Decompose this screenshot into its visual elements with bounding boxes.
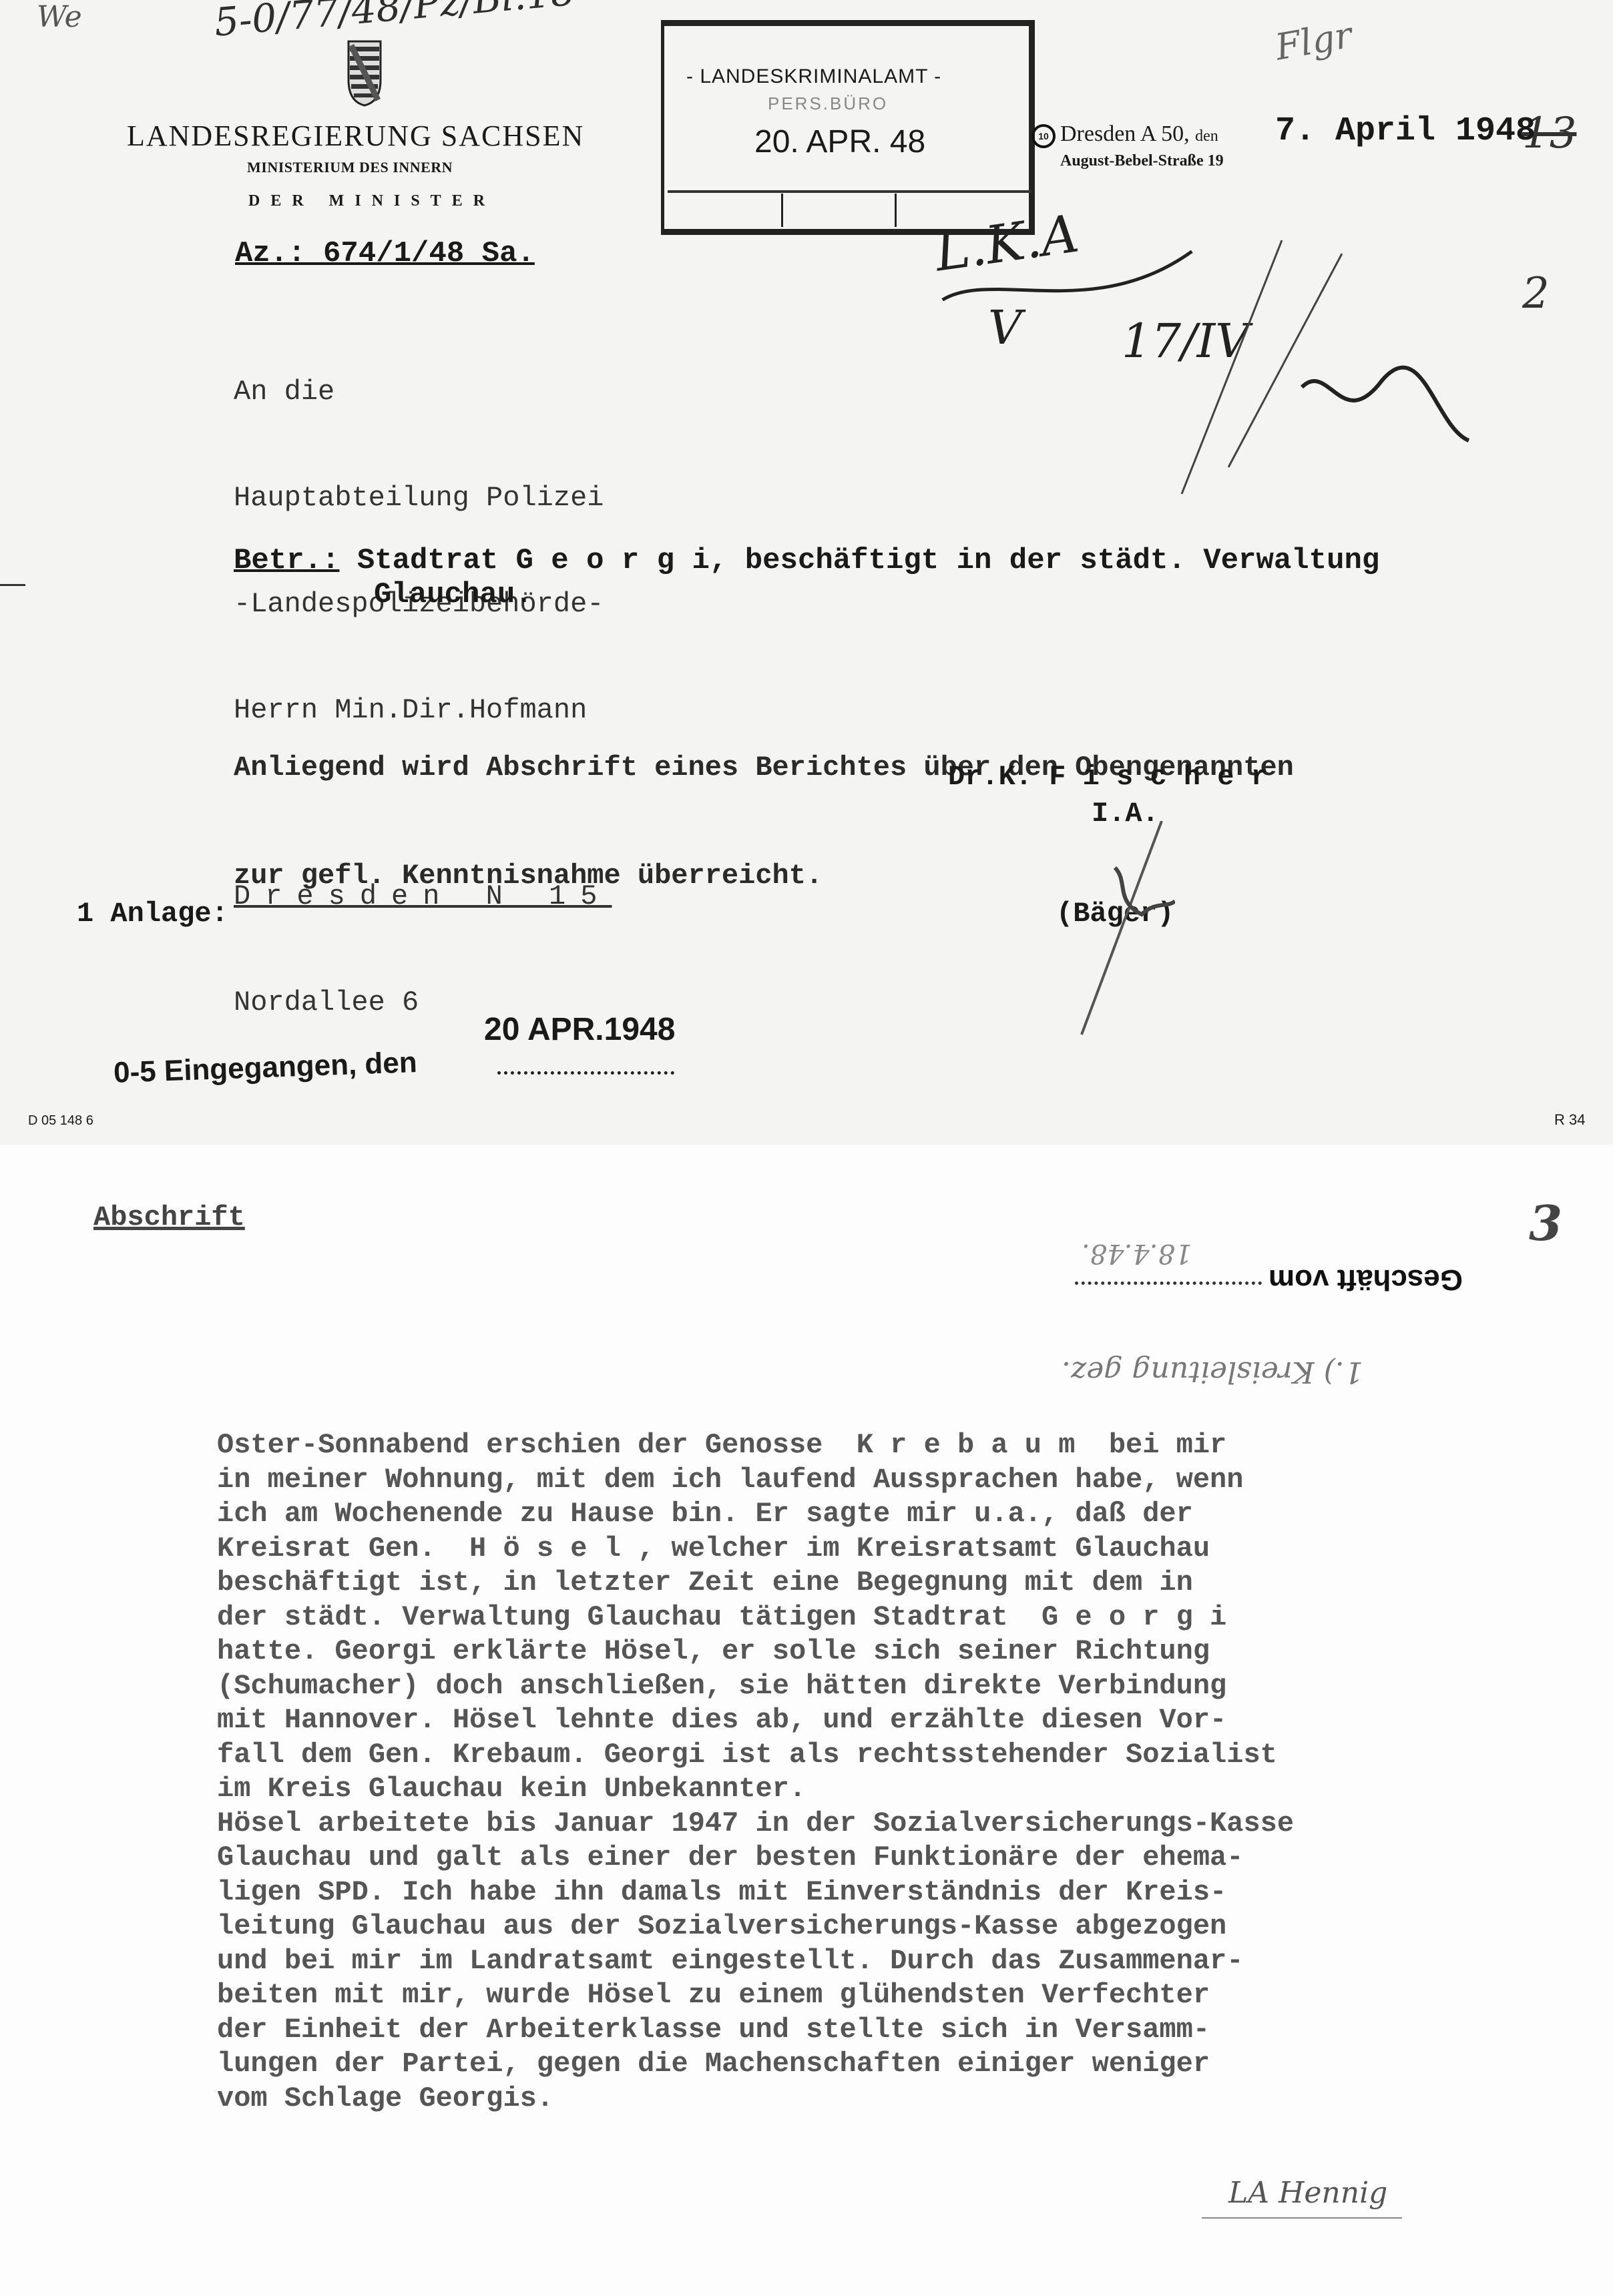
handwritten-we: We: [37, 0, 82, 34]
stamp-field-divider: [895, 194, 897, 227]
report-line: in meiner Wohnung, mit dem ich laufend A…: [217, 1463, 1294, 1498]
form-number: D 05 148 6: [28, 1113, 93, 1129]
report-line: ligen SPD. Ich habe ihn damals mit Einve…: [217, 1876, 1294, 1910]
stamp-date: 20. APR. 48: [754, 123, 925, 160]
report-line: Oster-Sonnabend erschien der Genosse K r…: [217, 1428, 1294, 1463]
letterhead-title: LANDESREGIERUNG SACHSEN: [127, 119, 584, 153]
enclosure-note: 1 Anlage:: [77, 898, 228, 930]
signatory-name: Dr.K. F i s c h e r: [948, 761, 1268, 793]
report-line: Glauchau und galt als einer der besten F…: [217, 1841, 1294, 1876]
report-line: (Schumacher) doch anschließen, sie hätte…: [217, 1669, 1294, 1704]
report-line: leitung Glauchau aus der Sozialversicher…: [217, 1910, 1294, 1944]
report-line: der Einheit der Arbeiterklasse und stell…: [217, 2013, 1294, 2048]
report-line: hatte. Georgi erklärte Hösel, er solle s…: [217, 1635, 1294, 1669]
signature-line: [1202, 2217, 1402, 2219]
subject-label: Betr.:: [234, 544, 339, 577]
form-code: R 34: [1554, 1111, 1585, 1129]
mirrored-handwritten-note: 1.) Kreisleitung gez.: [1062, 1355, 1363, 1389]
subject-line: Betr.: Stadtrat G e o r g i, beschäftigt…: [234, 544, 1379, 577]
letter-date: 7. April 1948: [1275, 112, 1536, 150]
subject-line-2: Glauchau.: [374, 578, 533, 611]
subject-text: Stadtrat G e o r g i, beschäftigt in der…: [357, 544, 1379, 577]
report-line: beschäftigt ist, in letzter Zeit eine Be…: [217, 1566, 1294, 1601]
report-line: ich am Wochenende zu Hause bin. Er sagte…: [217, 1497, 1294, 1532]
fold-mark: [0, 584, 25, 586]
report-line: Hösel arbeitete bis Januar 1947 in der S…: [217, 1807, 1294, 1841]
report-line: fall dem Gen. Krebaum. Georgi ist als re…: [217, 1738, 1294, 1773]
received-date-line: [497, 1071, 674, 1075]
sender-street: August-Bebel-Straße 19: [1060, 152, 1224, 170]
file-reference: Az.: 674/1/48 Sa.: [235, 237, 535, 270]
report-line: Kreisrat Gen. H ö s e l , welcher im Kre…: [217, 1532, 1294, 1566]
postal-district-mark: 10: [1031, 124, 1056, 148]
report-line: mit Hannover. Hösel lehnte dies ab, und …: [217, 1703, 1294, 1738]
letterhead-office: DER MINISTER: [248, 192, 495, 210]
report-line: vom Schlage Georgis.: [217, 2082, 1294, 2116]
letterhead-ministry: MINISTERIUM DES INNERN: [247, 159, 453, 176]
report-body: Oster-Sonnabend erschien der Genosse K r…: [217, 1428, 1294, 2116]
report-line: und bei mir im Landratsamt eingestellt. …: [217, 1944, 1294, 1979]
recipient-line: An die: [234, 374, 612, 410]
mirrored-stamp-line: [1075, 1281, 1262, 1285]
stamp-authority: - LANDESKRIMINALAMT -: [686, 65, 941, 88]
report-line: im Kreis Glauchau kein Unbekannter.: [217, 1772, 1294, 1807]
report-line: lungen der Partei, gegen die Machenschaf…: [217, 2047, 1294, 2082]
stamp-department: PERS.BÜRO: [768, 93, 888, 114]
report-signature: LA Hennig: [1228, 2176, 1387, 2210]
received-stamp-date: 20 APR.1948: [484, 1011, 675, 1048]
handwritten-strokes-icon: [915, 214, 1582, 507]
mirrored-stamp: Geschäft vom: [1269, 1263, 1463, 1296]
report-line: der städt. Verwaltung Glauchau tätigen S…: [217, 1601, 1294, 1635]
report-line: beiten mit mir, wurde Hösel zu einem glü…: [217, 1978, 1294, 2013]
saxony-coat-of-arms-icon: [347, 40, 382, 107]
signature-stroke-icon: [1068, 821, 1175, 1041]
place-den: den: [1195, 127, 1218, 145]
stamp-divider: [668, 190, 1031, 193]
place-name: Dresden A 50,: [1060, 121, 1190, 146]
place-line: Dresden A 50, den: [1060, 121, 1218, 147]
mirrored-date: 18.4.48.: [1082, 1238, 1192, 1269]
recipient-line: Hauptabteilung Polizei: [234, 481, 612, 516]
copy-heading: Abschrift: [93, 1201, 245, 1233]
folio-mark: 3: [1529, 1195, 1562, 1251]
stamp-field-divider: [781, 194, 783, 227]
